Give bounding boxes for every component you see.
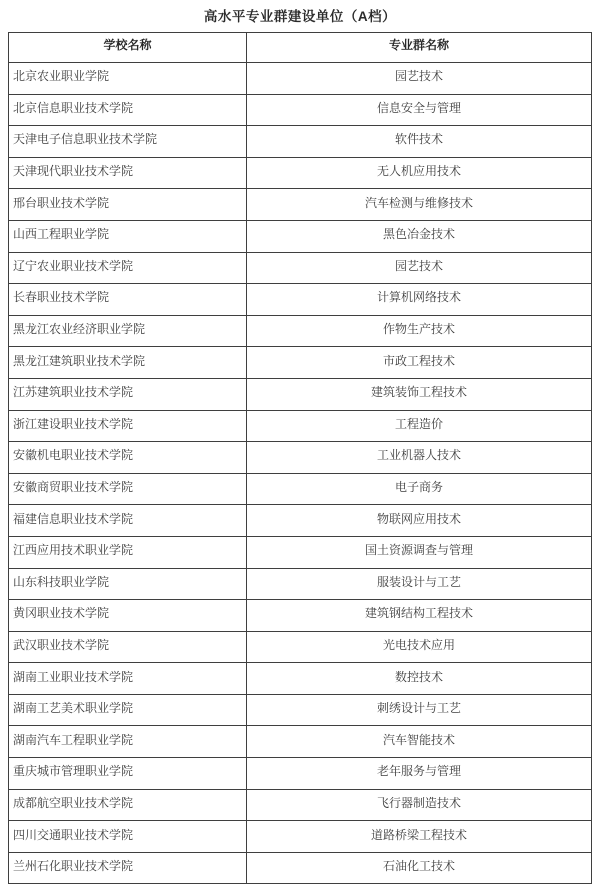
group-name-cell: 道路桥梁工程技术	[247, 821, 592, 853]
group-name-cell: 软件技术	[247, 126, 592, 158]
table-body: 北京农业职业学院园艺技术北京信息职业技术学院信息安全与管理天津电子信息职业技术学…	[9, 63, 592, 884]
table-row: 武汉职业技术学院光电技术应用	[9, 631, 592, 663]
group-name-cell: 园艺技术	[247, 252, 592, 284]
group-name-cell: 电子商务	[247, 473, 592, 505]
school-name-cell: 邢台职业技术学院	[9, 189, 247, 221]
table-row: 安徽机电职业技术学院工业机器人技术	[9, 442, 592, 474]
group-name-cell: 石油化工技术	[247, 852, 592, 884]
school-name-cell: 黑龙江农业经济职业学院	[9, 315, 247, 347]
table-row: 长春职业技术学院计算机网络技术	[9, 284, 592, 316]
table-row: 黑龙江农业经济职业学院作物生产技术	[9, 315, 592, 347]
column-header-school-name: 学校名称	[9, 33, 247, 63]
group-name-cell: 光电技术应用	[247, 631, 592, 663]
table-row: 兰州石化职业技术学院石油化工技术	[9, 852, 592, 884]
school-name-cell: 兰州石化职业技术学院	[9, 852, 247, 884]
group-name-cell: 工程造价	[247, 410, 592, 442]
group-name-cell: 建筑装饰工程技术	[247, 378, 592, 410]
school-name-cell: 湖南工艺美术职业学院	[9, 694, 247, 726]
school-name-cell: 天津电子信息职业技术学院	[9, 126, 247, 158]
group-name-cell: 计算机网络技术	[247, 284, 592, 316]
table-row: 江西应用技术职业学院国土资源调查与管理	[9, 536, 592, 568]
group-name-cell: 黑色冶金技术	[247, 220, 592, 252]
table-row: 重庆城市管理职业学院老年服务与管理	[9, 758, 592, 790]
school-name-cell: 安徽机电职业技术学院	[9, 442, 247, 474]
group-name-cell: 服装设计与工艺	[247, 568, 592, 600]
table-row: 邢台职业技术学院汽车检测与维修技术	[9, 189, 592, 221]
column-header-group-name: 专业群名称	[247, 33, 592, 63]
document-page: 高水平专业群建设单位（A档） 学校名称 专业群名称 北京农业职业学院园艺技术北京…	[0, 0, 600, 886]
table-row: 江苏建筑职业技术学院建筑装饰工程技术	[9, 378, 592, 410]
table-row: 湖南工业职业技术学院数控技术	[9, 663, 592, 695]
school-name-cell: 江苏建筑职业技术学院	[9, 378, 247, 410]
school-name-cell: 武汉职业技术学院	[9, 631, 247, 663]
a-grade-units-table: 学校名称 专业群名称 北京农业职业学院园艺技术北京信息职业技术学院信息安全与管理…	[8, 32, 592, 884]
table-row: 湖南工艺美术职业学院刺绣设计与工艺	[9, 694, 592, 726]
table-row: 北京农业职业学院园艺技术	[9, 63, 592, 95]
group-name-cell: 市政工程技术	[247, 347, 592, 379]
table-row: 湖南汽车工程职业学院汽车智能技术	[9, 726, 592, 758]
table-row: 天津电子信息职业技术学院软件技术	[9, 126, 592, 158]
table-row: 天津现代职业技术学院无人机应用技术	[9, 157, 592, 189]
group-name-cell: 建筑钢结构工程技术	[247, 600, 592, 632]
page-title: 高水平专业群建设单位（A档）	[0, 0, 600, 25]
school-name-cell: 重庆城市管理职业学院	[9, 758, 247, 790]
table-row: 北京信息职业技术学院信息安全与管理	[9, 94, 592, 126]
school-name-cell: 黄冈职业技术学院	[9, 600, 247, 632]
group-name-cell: 老年服务与管理	[247, 758, 592, 790]
group-name-cell: 汽车检测与维修技术	[247, 189, 592, 221]
group-name-cell: 飞行器制造技术	[247, 789, 592, 821]
table-row: 黑龙江建筑职业技术学院市政工程技术	[9, 347, 592, 379]
school-name-cell: 长春职业技术学院	[9, 284, 247, 316]
table-row: 山东科技职业学院服装设计与工艺	[9, 568, 592, 600]
school-name-cell: 浙江建设职业技术学院	[9, 410, 247, 442]
table-row: 辽宁农业职业技术学院园艺技术	[9, 252, 592, 284]
school-name-cell: 湖南汽车工程职业学院	[9, 726, 247, 758]
school-name-cell: 成都航空职业技术学院	[9, 789, 247, 821]
group-name-cell: 无人机应用技术	[247, 157, 592, 189]
table-row: 安徽商贸职业技术学院电子商务	[9, 473, 592, 505]
school-name-cell: 北京农业职业学院	[9, 63, 247, 95]
group-name-cell: 作物生产技术	[247, 315, 592, 347]
group-name-cell: 数控技术	[247, 663, 592, 695]
table-row: 四川交通职业技术学院道路桥梁工程技术	[9, 821, 592, 853]
school-name-cell: 辽宁农业职业技术学院	[9, 252, 247, 284]
table-row: 浙江建设职业技术学院工程造价	[9, 410, 592, 442]
school-name-cell: 湖南工业职业技术学院	[9, 663, 247, 695]
table-row: 福建信息职业技术学院物联网应用技术	[9, 505, 592, 537]
group-name-cell: 工业机器人技术	[247, 442, 592, 474]
table-header-row: 学校名称 专业群名称	[9, 33, 592, 63]
school-name-cell: 江西应用技术职业学院	[9, 536, 247, 568]
table-row: 山西工程职业学院黑色冶金技术	[9, 220, 592, 252]
school-name-cell: 山西工程职业学院	[9, 220, 247, 252]
school-name-cell: 北京信息职业技术学院	[9, 94, 247, 126]
group-name-cell: 园艺技术	[247, 63, 592, 95]
group-name-cell: 汽车智能技术	[247, 726, 592, 758]
table-row: 黄冈职业技术学院建筑钢结构工程技术	[9, 600, 592, 632]
school-name-cell: 安徽商贸职业技术学院	[9, 473, 247, 505]
group-name-cell: 刺绣设计与工艺	[247, 694, 592, 726]
group-name-cell: 国土资源调查与管理	[247, 536, 592, 568]
table-row: 成都航空职业技术学院飞行器制造技术	[9, 789, 592, 821]
school-name-cell: 黑龙江建筑职业技术学院	[9, 347, 247, 379]
school-name-cell: 福建信息职业技术学院	[9, 505, 247, 537]
group-name-cell: 信息安全与管理	[247, 94, 592, 126]
school-name-cell: 山东科技职业学院	[9, 568, 247, 600]
group-name-cell: 物联网应用技术	[247, 505, 592, 537]
school-name-cell: 天津现代职业技术学院	[9, 157, 247, 189]
school-name-cell: 四川交通职业技术学院	[9, 821, 247, 853]
